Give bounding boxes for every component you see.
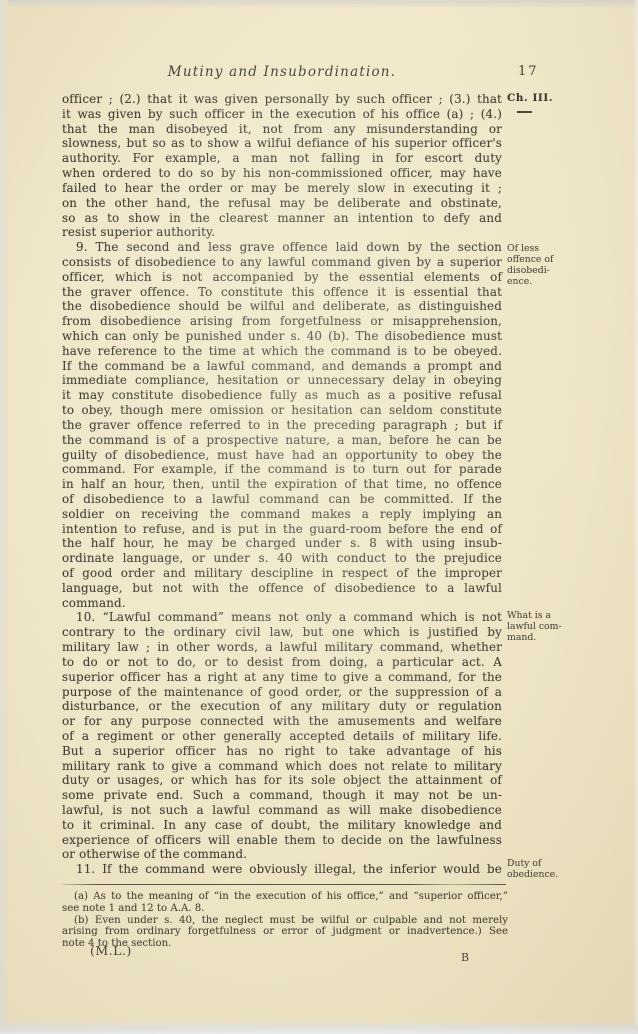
note-line: What is a [507,610,575,621]
footnote-line: see note 1 and 12 to A.A. 8. [62,903,508,915]
note-line: mand. [507,632,575,643]
body-line: or otherwise of the command. [62,847,502,862]
body-line: the half hour, he may be charged under s… [62,536,502,551]
body-line: to obey, though mere omission or hesitat… [62,403,502,418]
body-line: If the command be a lawful command, and … [62,359,502,374]
body-line: 11. If the command were obviously illega… [62,862,502,877]
body-line: to do or not to do, or to desist from do… [62,655,502,670]
margin-note-less-offence: Of lessoffence ofdisobedi-ence. [507,243,575,287]
scan-edge-left [0,0,8,1034]
body-text: officer ; (2.) that it was given persona… [62,92,502,877]
body-line: military rank to give a command which do… [62,759,502,774]
note-line: Of less [507,243,575,254]
note-line: disobedi- [507,265,575,276]
body-line: soldier on receiving the command makes a… [62,507,502,522]
body-line: failed to hear the order or may be merel… [62,181,502,196]
body-line: purpose of the maintenance of good order… [62,685,502,700]
page-number: 17 [518,64,539,79]
margin-note-duty-of-obedience: Duty ofobedience. [507,858,575,880]
body-line: the disobedience should be wilful and de… [62,299,502,314]
body-line: from disobedience arising from forgetful… [62,314,502,329]
volume-signature: (M.L.) [90,943,132,958]
body-line: or for any purpose connected with the am… [62,714,502,729]
body-line: of disobedience to a lawful command can … [62,492,502,507]
note-line: lawful com- [507,621,575,632]
body-line: of a regiment or other generally accepte… [62,729,502,744]
body-line: language, but not with the offence of di… [62,581,502,596]
body-line: on the other hand, the refusal may be de… [62,196,502,211]
body-line: officer, which is not accompanied by the… [62,270,502,285]
body-line: that the man disobeyed it, not from any … [62,122,502,137]
body-line: officer ; (2.) that it was given persona… [62,92,502,107]
body-line: command. [62,596,502,611]
note-line: obedience. [507,869,575,880]
body-line: guilty of disobedience, must have had an… [62,448,502,463]
body-line: But a superior officer has no right to t… [62,744,502,759]
body-line: consists of disobedience to any lawful c… [62,255,502,270]
body-line: lawful, is not such a lawful command as … [62,803,502,818]
body-line: 10. “Lawful command” means not only a co… [62,610,502,625]
body-line: immediate compliance, hesitation or unne… [62,373,502,388]
body-line: it was given by such officer in the exec… [62,107,502,122]
gathering-mark: B [461,951,469,964]
note-line: offence of [507,254,575,265]
body-line: authority. For example, a man not fallin… [62,151,502,166]
body-line: have reference to the time at which the … [62,344,502,359]
body-line: ordinate language, or under s. 40 with c… [62,551,502,566]
body-line: some private end. Such a command, though… [62,788,502,803]
body-line: so as to show in the clearest manner an … [62,211,502,226]
note-line: Ch. III. [507,93,575,104]
footnotes: (a) As to the meaning of “in the executi… [62,891,508,950]
body-line: the graver offence referred to in the pr… [62,418,502,433]
body-line: disturbance, or the execution of any mil… [62,699,502,714]
body-line: superior officer has a right at any time… [62,670,502,685]
body-line: it may constitute disobedience fully as … [62,388,502,403]
body-line: resist superior authority. [62,225,502,240]
body-line: contrary to the ordinary civil law, but … [62,625,502,640]
body-line: which can only be punished under s. 40 (… [62,329,502,344]
margin-note-lawful-command: What is alawful com-mand. [507,610,575,643]
body-line: duty or usages, or which has for its sol… [62,773,502,788]
body-line: intention to refuse, and is put in the g… [62,522,502,537]
body-line: slowness, but so as to show a wilful def… [62,136,502,151]
margin-note-chapter: Ch. III. [507,93,575,113]
body-line: 9. The second and less grave offence lai… [62,240,502,255]
body-line: to it criminal. In any case of doubt, th… [62,818,502,833]
body-line: in half an hour, then, until the expirat… [62,477,502,492]
footnote-line: (a) As to the meaning of “in the executi… [62,891,508,903]
chapter-dash-rule [517,111,532,113]
body-line: of good order and military descipline in… [62,566,502,581]
body-line: military law ; in other words, a lawful … [62,640,502,655]
scan-edge-top [0,0,638,7]
body-line: command. For example, if the command is … [62,462,502,477]
footnote-separator-rule [62,884,506,885]
note-line: ence. [507,276,575,287]
body-line: when ordered to do so by his non-commiss… [62,166,502,181]
running-head-title: Mutiny and Insubordination. [62,64,502,80]
body-line: the command is of a prospective nature, … [62,433,502,448]
footnote-line: arising from ordinary forgetfulness or e… [62,926,508,938]
scan-edge-bottom [0,1021,638,1034]
footnote-line: (b) Even under s. 40, the neglect must b… [62,915,508,927]
body-line: the graver offence. To constitute this o… [62,285,502,300]
body-line: experience of officers will enable them … [62,833,502,848]
scan-edge-right [633,0,638,1034]
scanned-book-page: Mutiny and Insubordination. 17 Ch. III. … [0,0,638,1034]
note-line: Duty of [507,858,575,869]
